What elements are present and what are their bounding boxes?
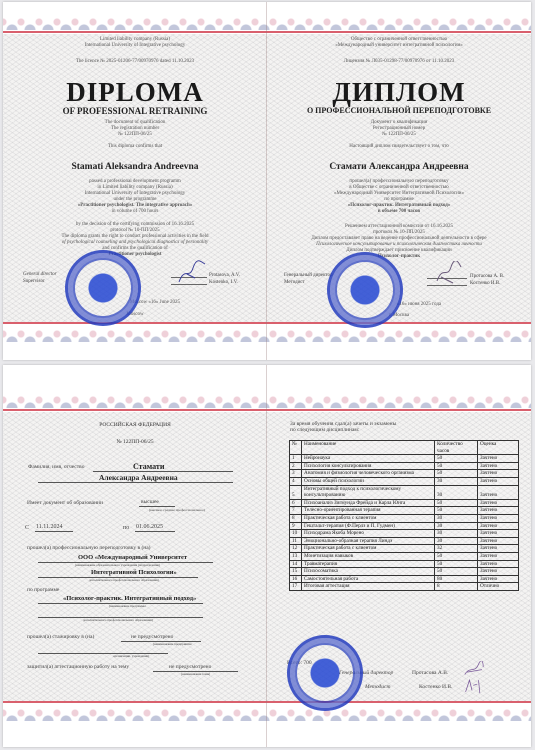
table-row: 6Психоанализ Зигмунда Фрейда и Карла Юнг… bbox=[290, 499, 519, 507]
row-number: 8 bbox=[290, 514, 302, 522]
grades-intro-line-2: по следующим дисциплинам: bbox=[290, 427, 359, 433]
row-number: 17 bbox=[290, 583, 302, 591]
subject-hours: 50 bbox=[435, 470, 478, 478]
diploma-title: ДИПЛОМ bbox=[267, 77, 531, 108]
rights-line-3: and confirms the qualification of bbox=[3, 246, 267, 252]
role-general-director: General director bbox=[23, 272, 57, 277]
header-grade: Оценка bbox=[478, 441, 519, 455]
role-supervisor: Supervisor bbox=[23, 279, 45, 284]
header-subject: Наименование bbox=[302, 441, 435, 455]
row-number: 6 bbox=[290, 499, 302, 507]
row-number: 14 bbox=[290, 560, 302, 568]
subject-name: Практическая работа с клиентом bbox=[302, 545, 435, 553]
signer-director: Протасова А.В. bbox=[412, 670, 448, 676]
from-date: 11.11.2024 bbox=[36, 524, 63, 530]
issue-city: Moscow bbox=[3, 312, 267, 318]
organization-line-1: ООО «Международный Университет bbox=[78, 554, 187, 561]
issuer-line-1: Limited liability company (Russia) bbox=[3, 37, 267, 43]
program-volume: в объеме 700 часов bbox=[267, 209, 531, 215]
education-hint: (высшее, среднее профессиональное) bbox=[149, 508, 205, 512]
given-names: Александра Андреевна bbox=[99, 473, 178, 482]
subject-grade: Зачтено bbox=[478, 507, 519, 515]
table-row: 17Итоговая аттестация8Отлично bbox=[290, 583, 519, 591]
subject-name: Нейронаука bbox=[302, 455, 435, 463]
registration-number: № 122ПП-06/25 bbox=[267, 132, 531, 138]
diploma-page-english: Limited liability company (Russia) Inter… bbox=[3, 2, 267, 360]
table-row: 2Психология консультирования50Зачтено bbox=[290, 462, 519, 470]
table-row: 11Эмоционально-образная терапия Линдэ30З… bbox=[290, 537, 519, 545]
from-date-underline bbox=[35, 531, 73, 532]
subject-hours: 30 bbox=[435, 514, 478, 522]
program-name: «Психолог-практик. Интегративный подход» bbox=[267, 203, 531, 209]
internship-label: прошел(а) стажировку в (на) bbox=[27, 634, 94, 640]
program-name: «Practitioner psychologist. The integrat… bbox=[3, 203, 267, 209]
supplement-grades-page: За время обучения сдал(а) зачеты и экзам… bbox=[267, 365, 531, 747]
subject-name: Эмоционально-образная терапия Линдэ bbox=[302, 537, 435, 545]
diploma-spread-front: Limited liability company (Russia) Inter… bbox=[3, 2, 531, 360]
thesis-hint: (наименование темы) bbox=[181, 672, 210, 676]
registration-number: № 122ПП-06/25 bbox=[3, 439, 267, 445]
subject-name: Травматерапия bbox=[302, 560, 435, 568]
to-date: 01.06.2025 bbox=[136, 524, 163, 530]
to-date-underline bbox=[135, 531, 175, 532]
qualification-name: Психолог-практик bbox=[267, 254, 531, 260]
protocol-line: протокол № 10-ПП/2025 bbox=[267, 230, 531, 236]
table-row: 7Телесно-ориентированная терапия50Зачтен… bbox=[290, 507, 519, 515]
subject-hours: 8 bbox=[435, 583, 478, 591]
subject-hours: 80 bbox=[435, 575, 478, 583]
holder-name: Стамати Александра Андреевна bbox=[267, 162, 531, 173]
subject-name: Самостоятельная работа bbox=[302, 575, 435, 583]
row-number: 16 bbox=[290, 575, 302, 583]
subject-hours: 30 bbox=[435, 537, 478, 545]
signature-methodist bbox=[463, 677, 485, 696]
decision-line: by the decision of the certifying commis… bbox=[3, 222, 267, 228]
rights-line-1: Диплом предоставляет право на ведение пр… bbox=[267, 236, 531, 242]
body-line-4: по программе bbox=[267, 197, 531, 203]
country-header: РОССИЙСКАЯ ФЕДЕРАЦИЯ bbox=[3, 422, 267, 428]
subject-grade: Зачтено bbox=[478, 560, 519, 568]
subject-name: Психоанализ Зигмунда Фрейда и Карла Юнга bbox=[302, 499, 435, 507]
organization-line-2: Интегративной Психологии» bbox=[91, 569, 177, 576]
confirms-line: Настоящий диплом свидетельствует о том, … bbox=[267, 144, 531, 150]
to-label: по bbox=[123, 525, 129, 531]
program-hint: (наименование программы bbox=[109, 604, 146, 608]
official-stamp bbox=[287, 635, 363, 711]
passed-label: прошел(а) профессиональную переподготовк… bbox=[27, 545, 151, 551]
subject-name: Психосоматика bbox=[302, 568, 435, 576]
subject-grade: Зачтено bbox=[478, 485, 519, 499]
subject-name: Практическая работа с клиентом bbox=[302, 514, 435, 522]
table-row: 14Травматерапия50Зачтено bbox=[290, 560, 519, 568]
issue-city: г. Москва bbox=[267, 313, 531, 319]
row-number: 2 bbox=[290, 462, 302, 470]
subject-grade: Зачтено bbox=[478, 462, 519, 470]
internship-value: не предусмотрено bbox=[131, 634, 173, 640]
diploma-subtitle: OF PROFESSIONAL RETRAINING bbox=[3, 106, 267, 116]
rights-line-1: The diploma grants the right to conduct … bbox=[3, 234, 267, 240]
supplement-details-page: РОССИЙСКАЯ ФЕДЕРАЦИЯ № 122ПП-06/25 Фамил… bbox=[3, 365, 267, 747]
program-volume: in volume of 700 hours bbox=[3, 209, 267, 215]
body-line-2: in Limited liability company (Russia) bbox=[3, 185, 267, 191]
subject-hours: 50 bbox=[435, 499, 478, 507]
subject-hours: 30 bbox=[435, 530, 478, 538]
subject-grade: Зачтено bbox=[478, 568, 519, 576]
subject-grade: Зачтено bbox=[478, 522, 519, 530]
signer-director: Protasova, A.V. bbox=[209, 273, 240, 278]
thesis-label: защитил(а) аттестационную работу на тему bbox=[27, 664, 129, 670]
doc-qualification-label: The document of qualification bbox=[3, 120, 267, 126]
role-methodist: Методист bbox=[284, 280, 305, 285]
subject-hours: 30 bbox=[435, 485, 478, 499]
subject-hours: 32 bbox=[435, 545, 478, 553]
diploma-subtitle: О ПРОФЕССИОНАЛЬНОЙ ПЕРЕПОДГОТОВКЕ bbox=[267, 106, 531, 115]
registration-number: № 122ПП-06/25 bbox=[3, 132, 267, 138]
subject-name: Анатомия и физиология человеческого орга… bbox=[302, 470, 435, 478]
signature-director bbox=[431, 261, 465, 288]
subject-grade: Зачтено bbox=[478, 477, 519, 485]
subject-grade: Зачтено bbox=[478, 530, 519, 538]
holder-name: Stamati Aleksandra Andreevna bbox=[3, 162, 267, 173]
row-number: 7 bbox=[290, 507, 302, 515]
table-row: 15Психосоматика50Зачтено bbox=[290, 568, 519, 576]
license-line: Лицензия № Л035-01298-77/00970976 от 11.… bbox=[267, 59, 531, 65]
issuer-line-2: «Международный университет интегративной… bbox=[267, 43, 531, 49]
table-row: 9Гештальт-терапия (Ф.Перлз и П. Гудмен)3… bbox=[290, 522, 519, 530]
registration-label: The registration number bbox=[3, 126, 267, 132]
table-row: 1Нейронаука50Зачтено bbox=[290, 455, 519, 463]
row-number: 11 bbox=[290, 537, 302, 545]
subject-hours: 30 bbox=[435, 477, 478, 485]
fio-label: Фамилия, имя, отчество bbox=[28, 464, 84, 470]
body-line-1: passed a professional development progra… bbox=[3, 179, 267, 185]
subject-hours: 50 bbox=[435, 455, 478, 463]
subject-grade: Зачтено bbox=[478, 455, 519, 463]
row-number: 1 bbox=[290, 455, 302, 463]
subject-name: Монетизация навыков bbox=[302, 552, 435, 560]
diploma-page-russian: Общество с ограниченной ответственностью… bbox=[267, 2, 531, 360]
subject-name: Психодрама Якоба Морено bbox=[302, 530, 435, 538]
surname: Стамати bbox=[133, 462, 164, 471]
body-line-4: under the programme bbox=[3, 197, 267, 203]
table-row: 10Психодрама Якоба Морено30Зачтено bbox=[290, 530, 519, 538]
education-value: высшее bbox=[141, 499, 159, 505]
qualification-name: Practitioner psychologist bbox=[3, 252, 267, 258]
subject-hours: 50 bbox=[435, 560, 478, 568]
issuer-line-2: International University of Integrative … bbox=[3, 43, 267, 49]
row-number: 3 bbox=[290, 470, 302, 478]
license-line: The licence № 2025-01206-77/00970976 dat… bbox=[3, 59, 267, 65]
grades-table: № Наименование Количество часов Оценка 1… bbox=[289, 440, 519, 591]
role-methodist: Методист bbox=[365, 684, 390, 690]
body-line-3: «Международный Университет Интегративной… bbox=[267, 191, 531, 197]
protocol-line: protocol № 10-ПП/2025 bbox=[3, 228, 267, 234]
subject-grade: Зачтено bbox=[478, 545, 519, 553]
subject-name: Телесно-ориентированная терапия bbox=[302, 507, 435, 515]
given-names-underline bbox=[38, 482, 233, 483]
subject-hours: 50 bbox=[435, 507, 478, 515]
table-row: 13Монетизация навыков50Зачтено bbox=[290, 552, 519, 560]
grades-table-header: № Наименование Количество часов Оценка bbox=[290, 441, 519, 455]
subject-grade: Зачтено bbox=[478, 470, 519, 478]
subject-hours: 30 bbox=[435, 522, 478, 530]
row-number: 9 bbox=[290, 522, 302, 530]
organization-hint-1: (наименование образовательного учреждени… bbox=[75, 563, 160, 567]
official-stamp bbox=[65, 250, 141, 326]
row-number: 12 bbox=[290, 545, 302, 553]
subject-grade: Зачтено bbox=[478, 537, 519, 545]
internship-hint-2: организации, учреждения) bbox=[113, 654, 149, 658]
education-underline bbox=[139, 506, 175, 507]
decision-line: Решением аттестационной комиссии от 16.1… bbox=[267, 224, 531, 230]
header-hours: Количество часов bbox=[435, 441, 478, 455]
subject-name: Интегративный подход к психологическому … bbox=[302, 485, 435, 499]
signature-director bbox=[462, 661, 486, 678]
subject-grade: Зачтено bbox=[478, 514, 519, 522]
subject-grade: Зачтено bbox=[478, 552, 519, 560]
table-row: 5Интегративный подход к психологическому… bbox=[290, 485, 519, 499]
signer-director: Протасова А. В. bbox=[470, 274, 504, 279]
internship-hint: (наименование предприятия bbox=[153, 642, 191, 646]
official-stamp bbox=[327, 252, 403, 328]
subject-grade: Отлично bbox=[478, 583, 519, 591]
signature-director bbox=[175, 260, 209, 287]
from-label: С bbox=[25, 525, 29, 531]
confirms-line: This diploma confirms that bbox=[3, 144, 267, 150]
signer-methodist: Костенко И.В. bbox=[470, 281, 500, 286]
doc-qualification-label: Документ о квалификации bbox=[267, 120, 531, 126]
body-line-1: прошел(а) профессиональную переподготовк… bbox=[267, 179, 531, 185]
subject-name: Психология консультирования bbox=[302, 462, 435, 470]
subject-grade: Зачтено bbox=[478, 575, 519, 583]
rights-line-2: Психологическое консультирование и психо… bbox=[267, 242, 531, 248]
program-value: «Психолог-практик. Интегративный подход» bbox=[63, 595, 196, 602]
subject-name: Гештальт-терапия (Ф.Перлз и П. Гудмен) bbox=[302, 522, 435, 530]
signer-methodist: Костенко И.В. bbox=[419, 684, 452, 690]
table-row: 4Основы общей психологии30Зачтено bbox=[290, 477, 519, 485]
surname-underline bbox=[93, 471, 233, 472]
row-number: 13 bbox=[290, 552, 302, 560]
table-row: 12Практическая работа с клиентом32Зачтен… bbox=[290, 545, 519, 553]
table-row: 8Практическая работа с клиентом30Зачтено bbox=[290, 514, 519, 522]
subject-hours: 50 bbox=[435, 552, 478, 560]
table-row: 3Анатомия и физиология человеческого орг… bbox=[290, 470, 519, 478]
subject-name: Итоговая аттестация bbox=[302, 583, 435, 591]
row-number: 15 bbox=[290, 568, 302, 576]
subject-hours: 50 bbox=[435, 568, 478, 576]
program-label: по программе bbox=[27, 587, 59, 593]
body-line-3: International University of Integrative … bbox=[3, 191, 267, 197]
header-number: № bbox=[290, 441, 302, 455]
subject-grade: Зачтено bbox=[478, 499, 519, 507]
diploma-spread-supplement: РОССИЙСКАЯ ФЕДЕРАЦИЯ № 122ПП-06/25 Фамил… bbox=[3, 365, 531, 747]
row-number: 10 bbox=[290, 530, 302, 538]
program-hint-2: дополнительного профессионального образо… bbox=[83, 618, 153, 622]
role-general-director: Генеральный директор bbox=[284, 273, 333, 278]
rights-line-2: of psychological counseling and psycholo… bbox=[3, 240, 267, 246]
issuer-line-1: Общество с ограниченной ответственностью bbox=[267, 37, 531, 43]
education-label: Имеет документ об образовании bbox=[27, 500, 103, 506]
diploma-title: DIPLOMA bbox=[3, 77, 267, 108]
signer-supervisor: Kostenko, I.V. bbox=[209, 280, 238, 285]
rights-line-3: Диплом подтверждает присвоение квалифика… bbox=[267, 248, 531, 254]
row-number: 5 bbox=[290, 485, 302, 499]
subject-name: Основы общей психологии bbox=[302, 477, 435, 485]
table-row: 16Самостоятельная работа80Зачтено bbox=[290, 575, 519, 583]
registration-label: Регистрационный номер bbox=[267, 126, 531, 132]
body-line-2: в Обществе с ограниченной ответственност… bbox=[267, 185, 531, 191]
subject-hours: 50 bbox=[435, 462, 478, 470]
organization-hint-2: дополнительного профессионального образо… bbox=[89, 578, 159, 582]
thesis-value: не предусмотрено bbox=[169, 664, 211, 670]
row-number: 4 bbox=[290, 477, 302, 485]
